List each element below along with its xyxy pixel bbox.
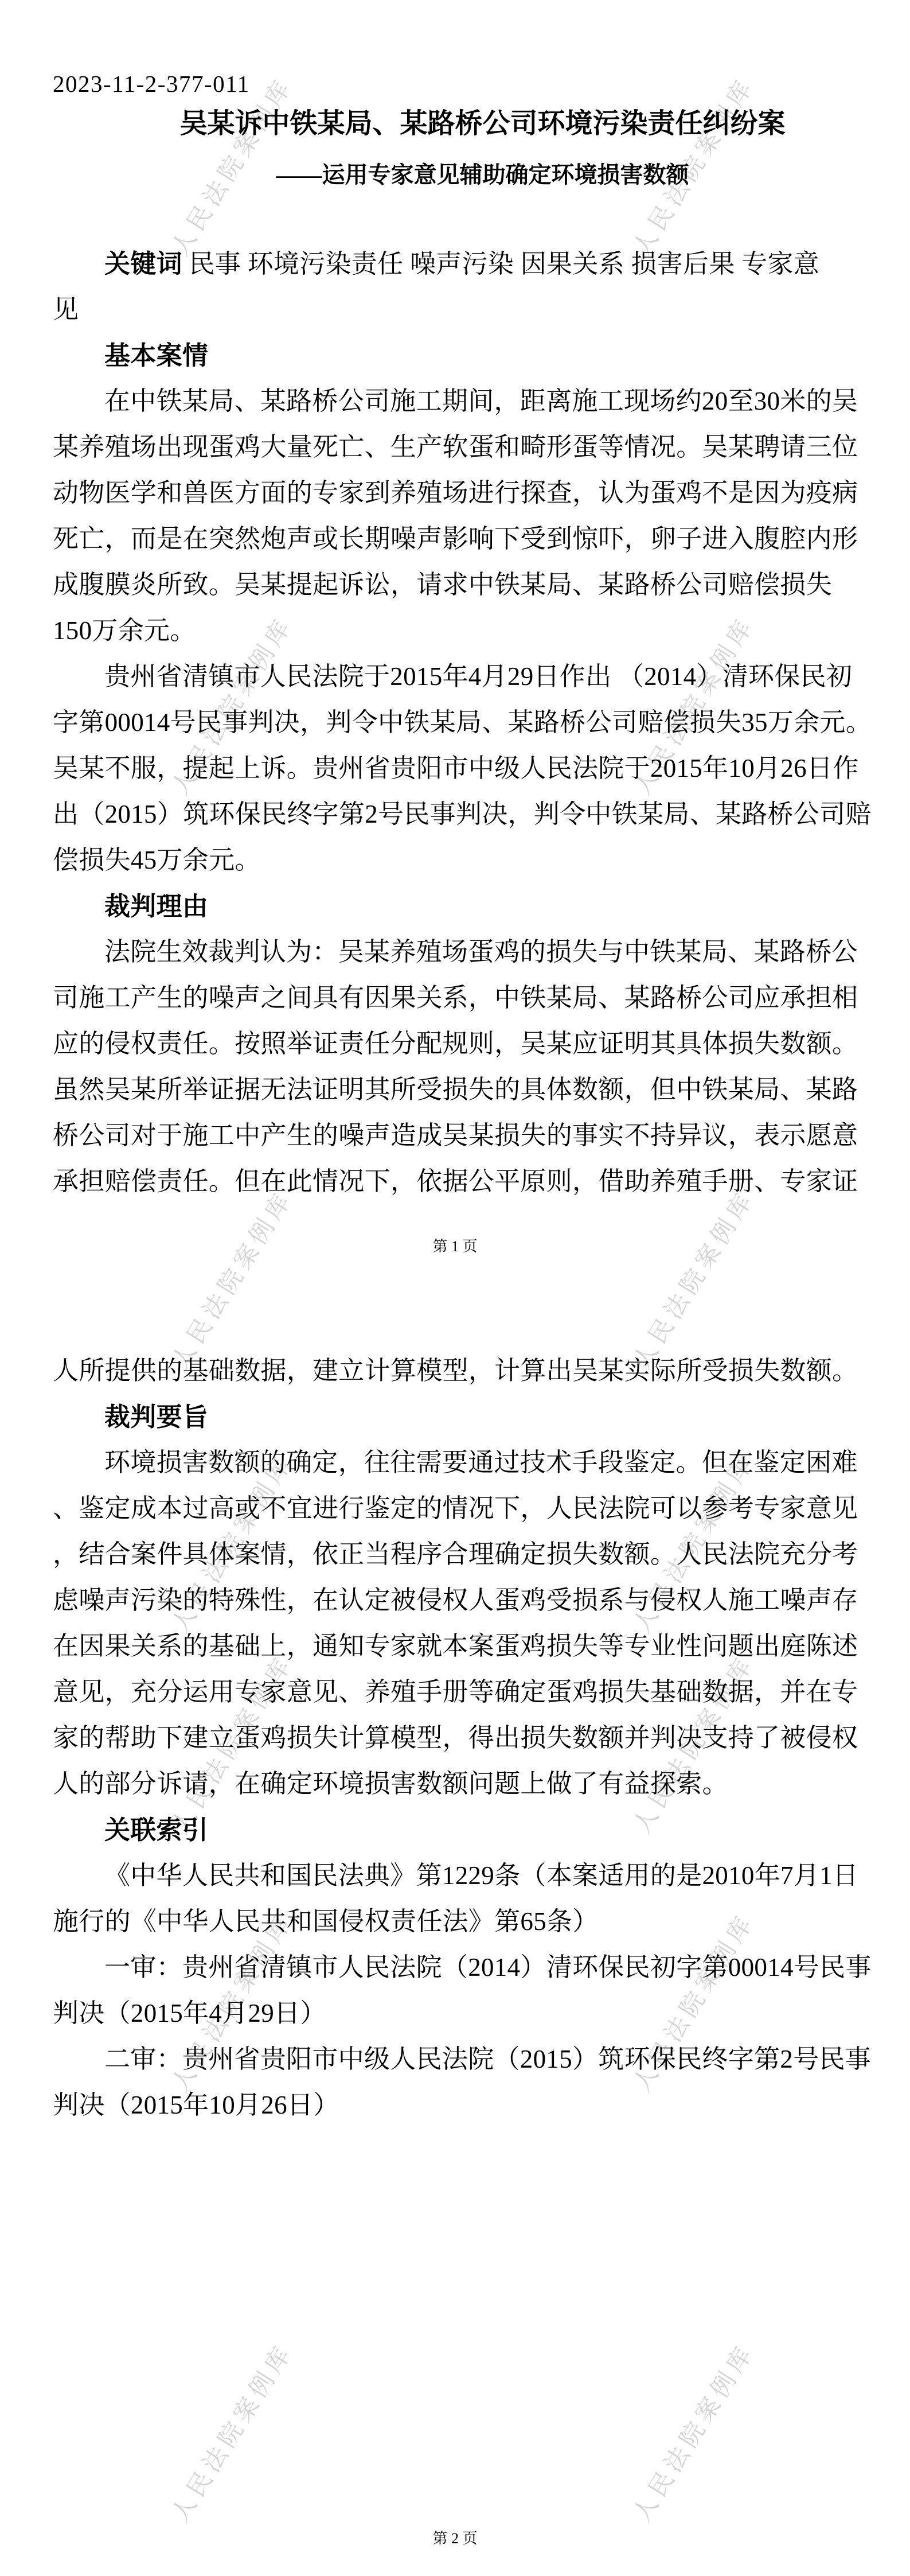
text-line: 桥公司对于施工中产生的噪声造成吴某损失的事实不持异议，表示愿意 xyxy=(53,1120,857,1151)
text-line: 法院生效裁判认为：吴某养殖场蛋鸡的损失与中铁某局、某路桥公 xyxy=(53,937,857,967)
text-line: 贵州省清镇市人民法院于2015年4月29日作出 （2014）清环保民初 xyxy=(53,661,857,692)
keywords-label: 关键词 xyxy=(104,249,182,278)
text-line: 虑噪声污染的特殊性，在认定被侵权人蛋鸡受损系与侵权人施工噪声存 xyxy=(53,1585,857,1616)
text-line: 成腹膜炎所致。吴某提起诉讼，请求中铁某局、某路桥公司赔偿损失 xyxy=(53,570,857,600)
text-line: 吴某不服，提起上诉。贵州省贵阳市中级人民法院于2015年10月26日作 xyxy=(53,753,857,784)
text-line: 《中华人民共和国民法典》第1229条（本案适用的是2010年7月1日 xyxy=(53,1861,857,1891)
section-heading: 裁判理由 xyxy=(53,891,857,921)
text-line: 某养殖场出现蛋鸡大量死亡、生产软蛋和畸形蛋等情况。吴某聘请三位 xyxy=(53,432,857,462)
text-line: 一审：贵州省清镇市人民法院（2014）清环保民初字第00014号民事 xyxy=(53,1952,857,1983)
text-line: 应的侵权责任。按照举证责任分配规则，吴某应证明其具体损失数额。 xyxy=(53,1029,857,1059)
page2-footer: 第 2 页 xyxy=(0,2531,910,2546)
text-line: 环境损害数额的确定，往往需要通过技术手段鉴定。但在鉴定困难 xyxy=(53,1447,857,1478)
text-line: 在中铁某局、某路桥公司施工期间，距离施工现场约20至30米的吴 xyxy=(53,386,857,417)
text-line: 关键词 民事 环境污染责任 噪声污染 因果关系 损害后果 专家意 xyxy=(53,248,857,279)
text-line: 司施工产生的噪声之间具有因果关系，中铁某局、某路桥公司应承担相 xyxy=(53,983,857,1013)
text-line: 承担赔偿责任。但在此情况下，依据公平原则，借助养殖手册、专家证 xyxy=(53,1166,857,1197)
text-line: ，结合案件具体案情，依正当程序合理确定损失数额。人民法院充分考 xyxy=(53,1539,857,1570)
text-line: 判决（2015年4月29日） xyxy=(53,1998,857,2029)
text-line: 在因果关系的基础上，通知专家就本案蛋鸡损失等专业性问题出庭陈述 xyxy=(53,1631,857,1661)
text-line: 虽然吴某所举证据无法证明其所受损失的具体数额，但中铁某局、某路 xyxy=(53,1075,857,1105)
text-line: 人的部分诉请，在确定环境损害数额问题上做了有益探索。 xyxy=(53,1769,857,1799)
text-line: 、鉴定成本过高或不宜进行鉴定的情况下，人民法院可以参考专家意见 xyxy=(53,1493,857,1524)
section-heading: 基本案情 xyxy=(53,340,857,371)
watermark: 人民法院案例库 xyxy=(168,2339,297,2526)
text-line: 意见，充分运用专家意见、养殖手册等确定蛋鸡损失基础数据，并在专 xyxy=(53,1677,857,1707)
case-subtitle: ——运用专家意见辅助确定环境损害数额 xyxy=(28,162,910,188)
page1-footer: 第 1 页 xyxy=(0,1239,910,1254)
text-line: 判决（2015年10月26日） xyxy=(53,2090,857,2120)
text-line: 动物医学和兽医方面的专家到养殖场进行探查，认为蛋鸡不是因为疫病 xyxy=(53,478,857,508)
text-line: 施行的《中华人民共和国侵权责任法》第65条） xyxy=(53,1906,857,1937)
text-line: 人所提供的基础数据，建立计算模型，计算出吴某实际所受损失数额。 xyxy=(53,1356,857,1386)
text-line: 字第00014号民事判决，判令中铁某局、某路桥公司赔偿损失35万余元。 xyxy=(53,707,857,738)
text-line: 偿损失45万余元。 xyxy=(53,845,857,875)
court-case-document: 人民法院案例库人民法院案例库人民法院案例库人民法院案例库人民法院案例库人民法院案… xyxy=(0,0,910,2576)
watermark: 人民法院案例库 xyxy=(630,1186,759,1372)
section-heading: 关联索引 xyxy=(53,1815,857,1845)
text-line: 出（2015）筑环保民终字第2号民事判决，判令中铁某局、某路桥公司赔 xyxy=(53,799,857,830)
watermark: 人民法院案例库 xyxy=(168,1186,297,1372)
section-heading: 裁判要旨 xyxy=(53,1402,857,1432)
case-title: 吴某诉中铁某局、某路桥公司环境污染责任纠纷案 xyxy=(28,109,910,139)
text-line: 死亡，而是在突然炮声或长期噪声影响下受到惊吓，卵子进入腹腔内形 xyxy=(53,524,857,554)
text-line: 见 xyxy=(53,294,857,325)
document-number: 2023-11-2-377-011 xyxy=(53,72,250,96)
watermark: 人民法院案例库 xyxy=(630,2339,759,2526)
text-line: 家的帮助下建立蛋鸡损失计算模型，得出损失数额并判决支持了被侵权 xyxy=(53,1723,857,1753)
text-line: 150万余元。 xyxy=(53,616,857,646)
text-line: 二审：贵州省贵阳市中级人民法院（2015）筑环保民终字第2号民事 xyxy=(53,2044,857,2075)
